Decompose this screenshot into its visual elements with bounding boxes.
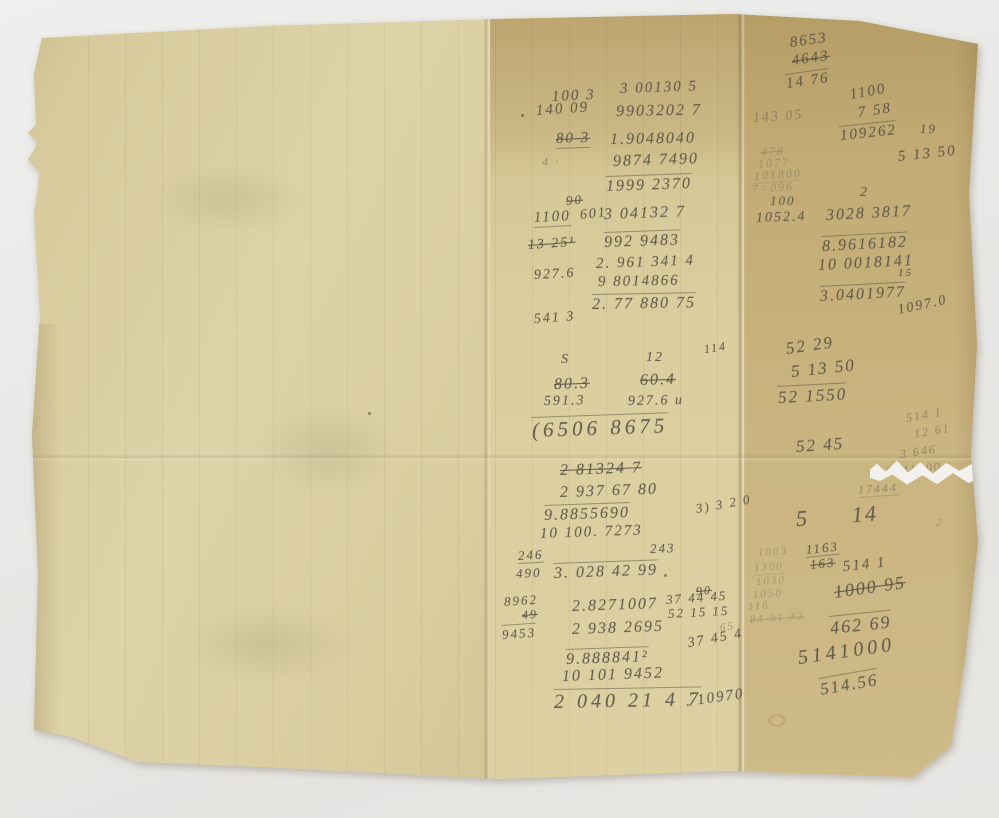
hw-r16: 1052.4: [756, 210, 807, 226]
paper-sheet-wrapper: 100 3 3 00130 5 140 09 9903202 7 80 3 1.…: [28, 14, 980, 789]
hw-m13: 3 04132 7: [604, 204, 687, 223]
hw-m15: 992 9483: [604, 229, 681, 251]
hw-m07: 4 ·: [542, 155, 561, 168]
hw-m17: 927.6: [534, 267, 576, 283]
hw-r33: 2: [936, 518, 944, 529]
fold-crease-right: [737, 14, 745, 789]
hw-m41: 8962: [504, 593, 539, 608]
paper-fleck: [521, 114, 524, 117]
hw-m12: 1100: [534, 209, 572, 228]
hw-r15: 2: [860, 186, 869, 200]
hw-m44: 2.8271007: [572, 596, 659, 615]
hw-m21: S: [561, 353, 570, 367]
scanned-document-background: 100 3 3 00130 5 140 09 9903202 7 80 3 1.…: [0, 0, 999, 818]
bleedthrough-smudge: [148, 164, 308, 234]
hw-m35: 246: [518, 548, 544, 564]
hw-m25: 60.4: [640, 372, 677, 389]
hw-m42: 49: [522, 608, 539, 621]
hw-r31: 17444: [858, 481, 899, 498]
paper-sheet: 100 3 3 00130 5 140 09 9903202 7 80 3 1.…: [28, 14, 980, 789]
hw-m19: 2. 77 880 75: [592, 292, 696, 313]
fold-crease-left: [483, 14, 491, 789]
hw-m45: 2 938 2695: [572, 619, 665, 638]
hw-m05: 80 3: [556, 131, 591, 149]
hw-m09: 1999 2370: [606, 173, 693, 195]
hw-m18: 9 8014866: [598, 274, 680, 290]
hw-m50: 2 040 21 4 7: [554, 686, 702, 712]
hw-m10: 90: [565, 193, 583, 207]
hw-m24: 80.3: [554, 376, 591, 393]
hw-m40: 52 15 15: [668, 604, 730, 620]
fold-crease-horizontal: [28, 454, 980, 461]
hw-m29: 2 81324 7: [560, 460, 643, 479]
hw-m28: (6506 8675: [532, 412, 669, 441]
bleedthrough-smudge: [258, 404, 398, 494]
hw-m30: 2 937 67 80: [560, 482, 658, 501]
hw-r36: 1003: [758, 546, 789, 559]
hw-r32: 5 14: [795, 502, 878, 530]
hw-m08: 9874 7490: [613, 151, 700, 170]
hw-m04: 9903202 7: [616, 103, 702, 120]
hw-m22: 12: [646, 351, 664, 365]
paper-fleck: [368, 412, 371, 415]
hw-m34: 243: [650, 541, 676, 555]
hw-r35: 163: [809, 555, 836, 571]
hw-r40: 116: [748, 601, 770, 613]
hw-m02: 3 00130 5: [620, 79, 698, 97]
hw-r20: 15: [898, 268, 913, 279]
hw-r26: 52 45: [795, 435, 844, 455]
hw-m23: 114: [703, 340, 728, 355]
paper-stain: [768, 714, 786, 727]
hw-m27: 927.6 u: [628, 394, 684, 409]
hw-r07: 19: [920, 122, 937, 135]
hw-m06: 1.9048040: [610, 131, 696, 148]
hw-m20: 541 3: [534, 310, 576, 327]
hw-m26: 591.3: [544, 394, 586, 409]
hw-m31: 9.8855690: [544, 502, 631, 524]
paper-fleck: [664, 574, 667, 577]
hw-m43: 9453: [501, 623, 536, 641]
hw-m36: 490: [516, 566, 542, 580]
hw-r25: 52 1550: [777, 382, 847, 406]
bleedthrough-smudge: [178, 604, 358, 684]
hw-r14: 100: [770, 194, 796, 207]
hw-m37: 3. 028 42 99: [554, 559, 659, 582]
